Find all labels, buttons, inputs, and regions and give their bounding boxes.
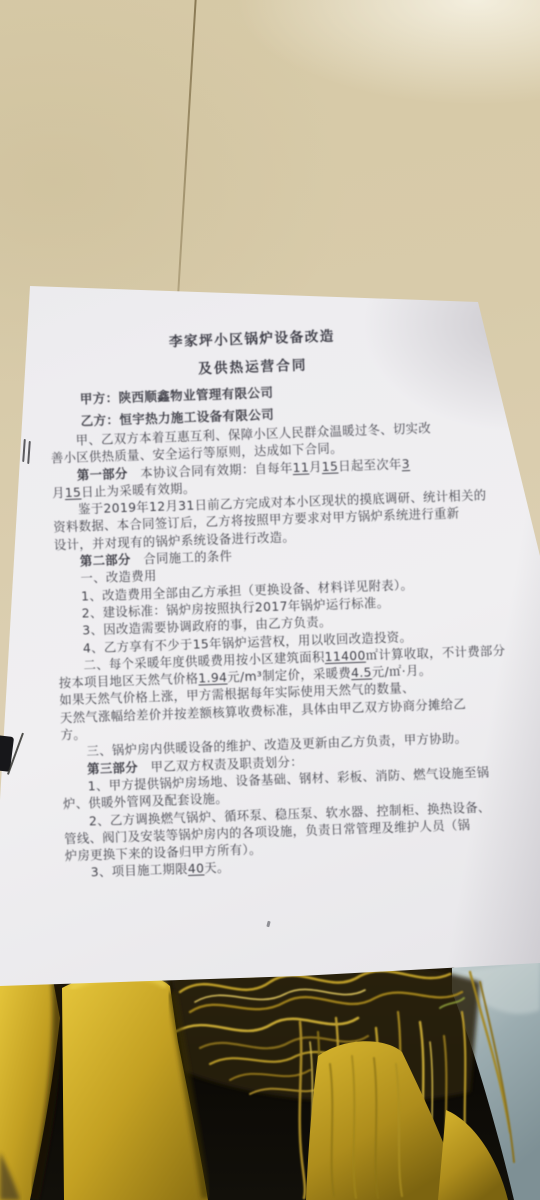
document-lines: 李家坪小区锅炉设备改造及供热运营合同甲方：陕西顺鑫物业管理有限公司乙方：恒宇热力… [0,317,540,885]
document-text: 李家坪小区锅炉设备改造及供热运营合同甲方：陕西顺鑫物业管理有限公司乙方：恒宇热力… [0,317,540,885]
fabric-region [0,952,540,1200]
scene-photo: 李家坪小区锅炉设备改造及供热运营合同甲方：陕西顺鑫物业管理有限公司乙方：恒宇热力… [0,0,540,1200]
